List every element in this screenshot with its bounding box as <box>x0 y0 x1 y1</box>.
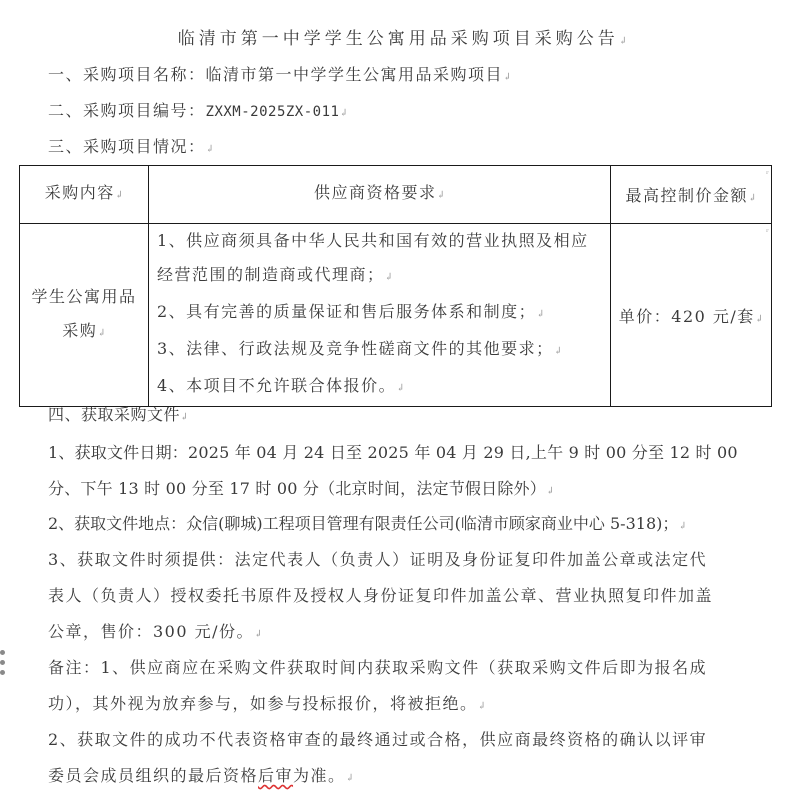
table-row: 学生公寓用品 采购↲ 1、供应商须具备中华人民共和国有效的营业执照及相应 经营范… <box>20 224 772 407</box>
obtain-location: 2、获取文件地点：众信(聊城)工程项目管理有限责任公司(临清市顾家商业中心 5-… <box>48 514 687 537</box>
obtain-requirements-line2: 表人（负责人）授权委托书原件及授权人身份证复印件加盖公章、营业执照复印件加盖 <box>48 586 713 606</box>
table-header-row: 采购内容↲ 供应商资格要求↲ 最高控制价金额↲ <box>20 166 772 224</box>
note2-line2: 委员会成员组织的最后资格后审为准。↲ <box>48 766 354 789</box>
cell-requirements: 1、供应商须具备中华人民共和国有效的营业执照及相应 经营范围的制造商或代理商；↲… <box>149 224 611 407</box>
section-obtain-documents: 四、获取采购文件↲ <box>48 405 188 428</box>
paragraph-mark-icon: ↲ <box>206 144 214 155</box>
note1-line1: 备注：1、供应商应在采购文件获取时间内获取采购文件（获取采购文件后即为报名成 <box>48 658 707 678</box>
paragraph-mark-icon: ↲ <box>748 193 756 204</box>
requirement-item: 3、法律、行政法规及竞争性磋商文件的其他要求；↲ <box>157 332 610 369</box>
paragraph-mark-icon: ↲ <box>755 314 763 325</box>
cell-content: 学生公寓用品 采购↲ <box>20 224 149 407</box>
requirement-item: 1、供应商须具备中华人民共和国有效的营业执照及相应 <box>157 224 610 258</box>
section-project-situation: 三、采购项目情况：↲ <box>48 137 214 160</box>
header-requirements: 供应商资格要求↲ <box>149 166 611 224</box>
project-name-value: 临清市第一中学学生公寓用品采购项目 <box>206 65 504 84</box>
paragraph-mark-icon: ↲ <box>437 190 445 201</box>
paragraph-mark-icon: ↲ <box>180 412 188 423</box>
note2-line1: 2、获取文件的成功不代表资格审查的最终通过或合格，供应商最终资格的确认以评审 <box>48 730 707 750</box>
cell-end-mark-icon: ʳ <box>766 170 769 180</box>
obtain-date-line2: 分、下午 13 时 00 分至 17 时 00 分（北京时间，法定节假日除外）↲ <box>48 479 554 502</box>
obtain-requirements-line3: 公章，售价：300 元/份。↲ <box>48 622 262 645</box>
requirement-item: 4、本项目不允许联合体报价。↲ <box>157 369 610 406</box>
cell-end-mark-icon: ʳ <box>766 228 769 238</box>
obtain-requirements-line1: 3、获取文件时须提供：法定代表人（负责人）证明及身份证复印件加盖公章或法定代 <box>48 550 707 570</box>
paragraph-mark-icon: ↲ <box>339 108 347 119</box>
paragraph-mark-icon: ↲ <box>503 72 511 83</box>
requirement-item: 2、具有完善的质量保证和售后服务体系和制度；↲ <box>157 295 610 332</box>
project-number-value: ZXXM-2025ZX-011 <box>206 104 340 120</box>
section-project-name: 一、采购项目名称：临清市第一中学学生公寓用品采购项目↲ <box>48 65 511 88</box>
spellcheck-underline[interactable]: 后审 <box>258 766 293 785</box>
document-page: 临清市第一中学学生公寓用品采购项目采购公告↲ 一、采购项目名称：临清市第一中学学… <box>0 0 805 793</box>
document-title: 临清市第一中学学生公寓用品采购项目采购公告↲ <box>0 24 805 49</box>
paragraph-mark-icon: ↲ <box>115 190 123 201</box>
cell-max-price: 单价：420 元/套↲ <box>611 224 772 407</box>
drag-handle-icon[interactable] <box>0 650 6 680</box>
header-content: 采购内容↲ <box>20 166 149 224</box>
obtain-date-line1: 1、获取文件日期：2025 年 04 月 24 日至 2025 年 04 月 2… <box>48 443 738 463</box>
paragraph-mark-icon: ↲ <box>619 36 627 47</box>
paragraph-mark-icon: ↲ <box>97 328 105 339</box>
requirement-item: 经营范围的制造商或代理商；↲ <box>157 258 610 295</box>
note1-line2: 功），其外视为放弃参与，如参与投标报价，将被拒绝。↲ <box>48 694 486 717</box>
section-project-number: 二、采购项目编号：ZXXM-2025ZX-011↲ <box>48 101 348 124</box>
procurement-table: 采购内容↲ 供应商资格要求↲ 最高控制价金额↲ 学生公寓用品 采购↲ 1、供应商… <box>19 165 772 407</box>
header-max-price: 最高控制价金额↲ <box>611 166 772 224</box>
